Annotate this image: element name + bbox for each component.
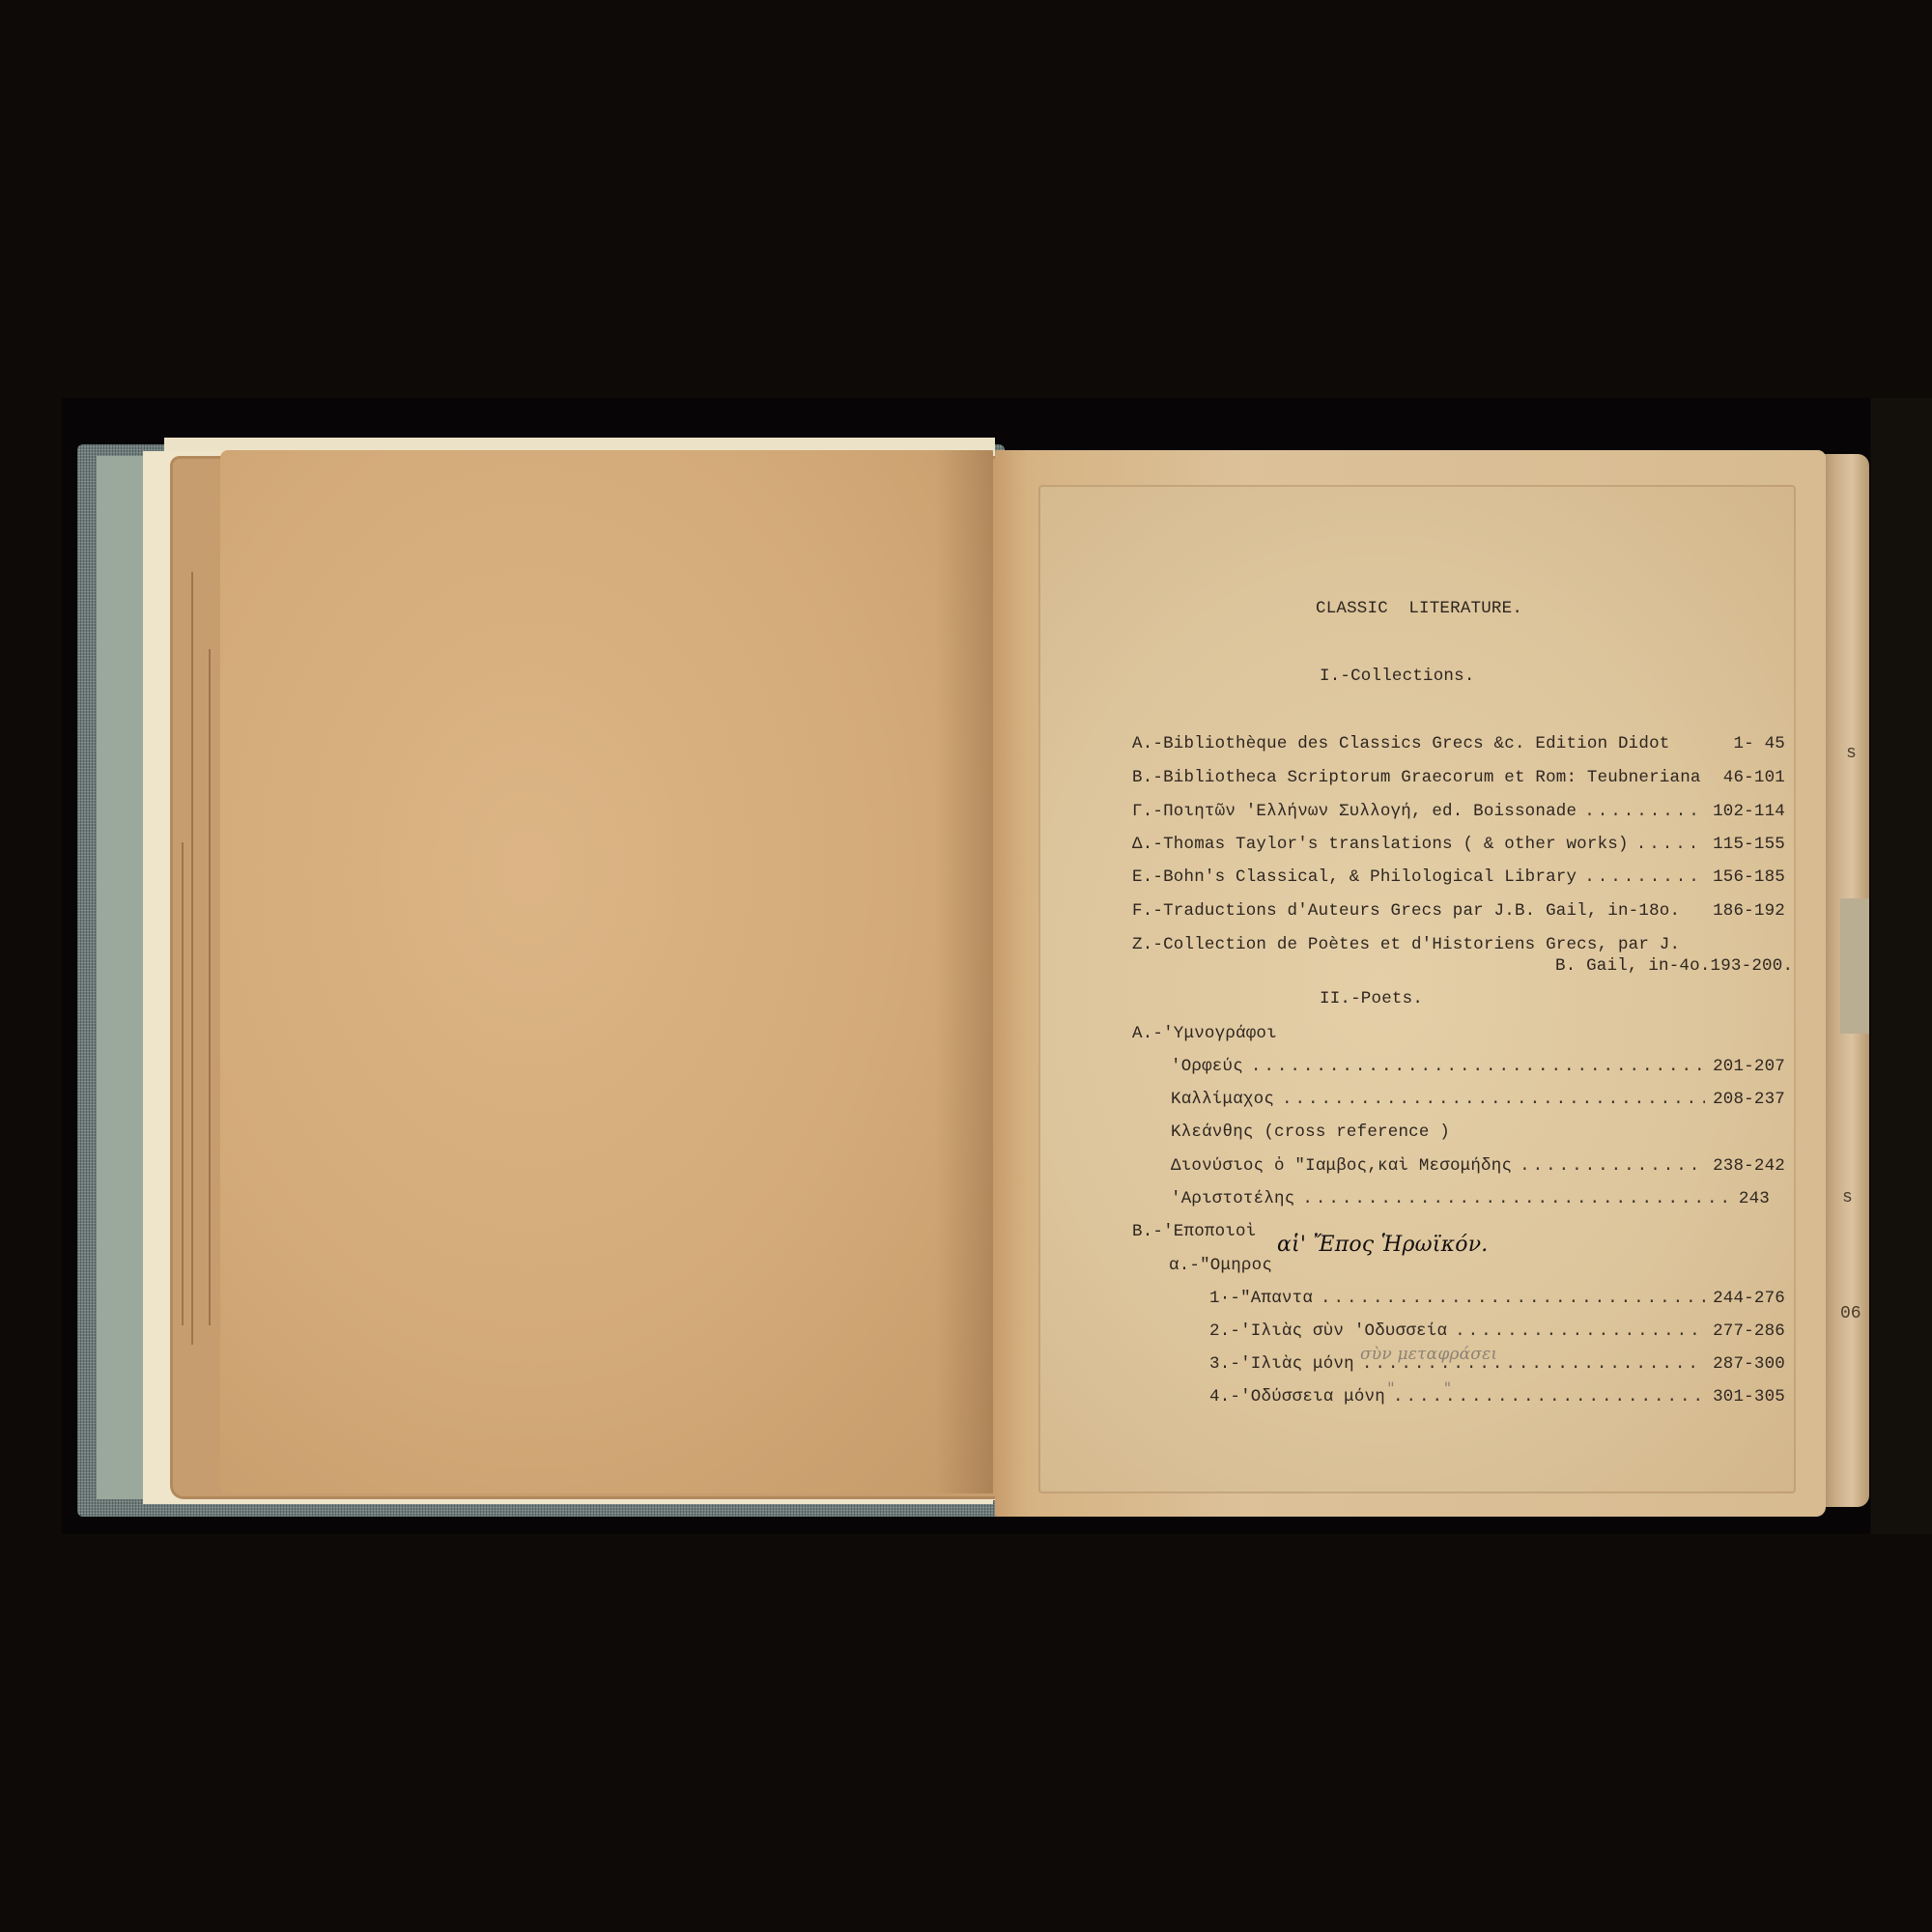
- group-label: α.-"Ομηρος: [1169, 1256, 1272, 1275]
- entry-pages: 277-286: [1713, 1321, 1785, 1341]
- entry-label: 3.-'Ιλιὰς μόνη: [1209, 1354, 1354, 1374]
- toc-entry: 'Αριστοτέλης ...........................…: [1171, 1189, 1770, 1208]
- entry-label: Διονύσιος ὁ "Ιαμβος,καὶ Μεσομήδης: [1171, 1156, 1512, 1176]
- entry-label: Καλλίμαχος: [1171, 1090, 1274, 1109]
- entry-label: B.-Bibliotheca Scriptorum Graecorum et R…: [1132, 768, 1701, 787]
- entry-pages: 201-207: [1713, 1057, 1785, 1076]
- entry-label: Z.-Collection de Poètes et d'Historiens …: [1132, 935, 1680, 954]
- entry-pages: 243: [1739, 1189, 1770, 1208]
- entry-label: 1·-"Απαντα: [1209, 1289, 1313, 1308]
- entry-pages: 301-305: [1713, 1387, 1785, 1406]
- toc-entry: Κλεάνθης (cross reference ): [1171, 1122, 1785, 1142]
- toc-entry: 2.-'Ιλιὰς σὺν 'Οδυσσεία ................…: [1209, 1321, 1785, 1341]
- entry-pages: 102-114: [1713, 802, 1785, 821]
- tab-label: 06: [1840, 1304, 1861, 1323]
- handwritten-annotation: αἱ' Ἔπος Ἡρωϊκόν.: [1277, 1233, 1489, 1257]
- toc-entry: Γ.-Ποιητῶν 'Ελλήνων Συλλογή, ed. Boisson…: [1132, 802, 1785, 821]
- entry-pages: 186-192: [1713, 901, 1785, 921]
- entry-pages: 208-237: [1713, 1090, 1785, 1109]
- toc-entry: 'Ορφεύς ................................…: [1171, 1057, 1785, 1076]
- entry-label: E.-Bohn's Classical, & Philological Libr…: [1132, 867, 1577, 887]
- toc-entry: Διονύσιος ὁ "Ιαμβος,καὶ Μεσομήδης ......…: [1171, 1156, 1785, 1176]
- toc-entry: B.-Bibliotheca Scriptorum Graecorum et R…: [1132, 768, 1785, 787]
- toc-entry: F.-Traductions d'Auteurs Grecs par J.B. …: [1132, 901, 1785, 921]
- entry-label: F.-Traductions d'Auteurs Grecs par J.B. …: [1132, 901, 1680, 921]
- entry-pages: 115-155: [1713, 835, 1785, 854]
- left-page-blank: [220, 450, 993, 1493]
- entry-label: Δ.-Thomas Taylor's translations ( & othe…: [1132, 835, 1629, 854]
- toc-entry: Δ.-Thomas Taylor's translations ( & othe…: [1132, 835, 1785, 854]
- entry-label: 4.-'Οδύσσεια μόνη: [1209, 1387, 1385, 1406]
- entry-pages: 287-300: [1713, 1354, 1785, 1374]
- entry-pages: 156-185: [1713, 867, 1785, 887]
- subsection-label: B.-'Εποποιοὶ: [1132, 1222, 1256, 1241]
- entry-pages: 1- 45: [1733, 734, 1785, 753]
- entry-label: 'Αριστοτέλης: [1171, 1189, 1294, 1208]
- entry-label: 'Ορφεύς: [1171, 1057, 1243, 1076]
- toc-entry: 4.-'Οδύσσεια μόνη ......................…: [1209, 1387, 1785, 1406]
- toc-entry: A.-Bibliothèque des Classics Grecs &c. E…: [1132, 734, 1785, 753]
- toc-entry: Z.-Collection de Poètes et d'Historiens …: [1132, 935, 1785, 954]
- toc-entry: 1·-"Απαντα .............................…: [1209, 1289, 1785, 1308]
- tab-label: s: [1842, 1188, 1853, 1207]
- entry-label: Γ.-Ποιητῶν 'Ελλήνων Συλλογή, ed. Boisson…: [1132, 802, 1577, 821]
- entry-continuation: B. Gail, in-4o.193-200.: [1555, 956, 1793, 976]
- section-heading: I.-Collections.: [1320, 667, 1475, 686]
- entry-label: Κλεάνθης (cross reference ): [1171, 1122, 1450, 1142]
- section-heading: II.-Poets.: [1320, 989, 1423, 1009]
- entry-pages: 238-242: [1713, 1156, 1785, 1176]
- gutter-shadow: [935, 450, 993, 1493]
- page-title: CLASSIC LITERATURE.: [1316, 599, 1522, 618]
- toc-entry: E.-Bohn's Classical, & Philological Libr…: [1132, 867, 1785, 887]
- toc-entry: Καλλίμαχος .............................…: [1171, 1090, 1785, 1109]
- paper-tab: [1840, 898, 1869, 1034]
- pencil-annotation: σὺν μεταφράσει: [1360, 1345, 1497, 1364]
- background-strip: [1871, 398, 1932, 1534]
- entry-pages: 244-276: [1713, 1289, 1785, 1308]
- entry-label: 2.-'Ιλιὰς σὺν 'Οδυσσεία: [1209, 1321, 1447, 1341]
- tab-label: s: [1846, 744, 1857, 763]
- entry-pages: 46-101: [1723, 768, 1785, 787]
- subsection-label: A.-'Υμνογράφοι: [1132, 1024, 1277, 1043]
- entry-label: A.-Bibliothèque des Classics Grecs &c. E…: [1132, 734, 1670, 753]
- pencil-ditto-marks: " ": [1387, 1379, 1451, 1399]
